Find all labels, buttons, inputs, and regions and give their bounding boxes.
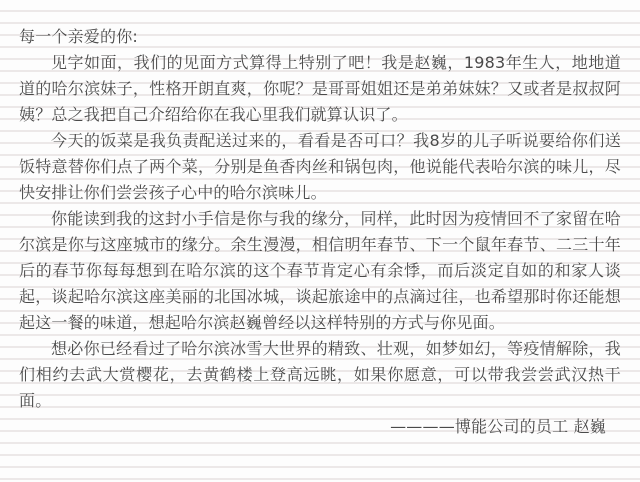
paragraph-invitation: 想必你已经看过了哈尔滨冰雪大世界的精致、壮观，如梦如幻，等疫情解除，我们相约去武…: [19, 336, 621, 414]
letter-greeting: 每一个亲爱的你:: [19, 24, 621, 50]
paragraph-meal: 今天的饭菜是我负责配送过来的，看看是否可口？我8岁的儿子听说要给你们送饭特意替你…: [19, 128, 621, 206]
letter: 每一个亲爱的你: 见字如面，我们的见面方式算得上特别了吧！我是赵巍，1983年生…: [19, 24, 621, 440]
letter-signature: ————博能公司的员工 赵巍: [19, 414, 621, 440]
paragraph-fate: 你能读到我的这封小手信是你与我的缘分，同样，此时因为疫情回不了家留在哈尔滨是你与…: [19, 206, 621, 336]
paragraph-introduction: 见字如面，我们的见面方式算得上特别了吧！我是赵巍，1983年生人，地地道道的哈尔…: [19, 50, 621, 128]
